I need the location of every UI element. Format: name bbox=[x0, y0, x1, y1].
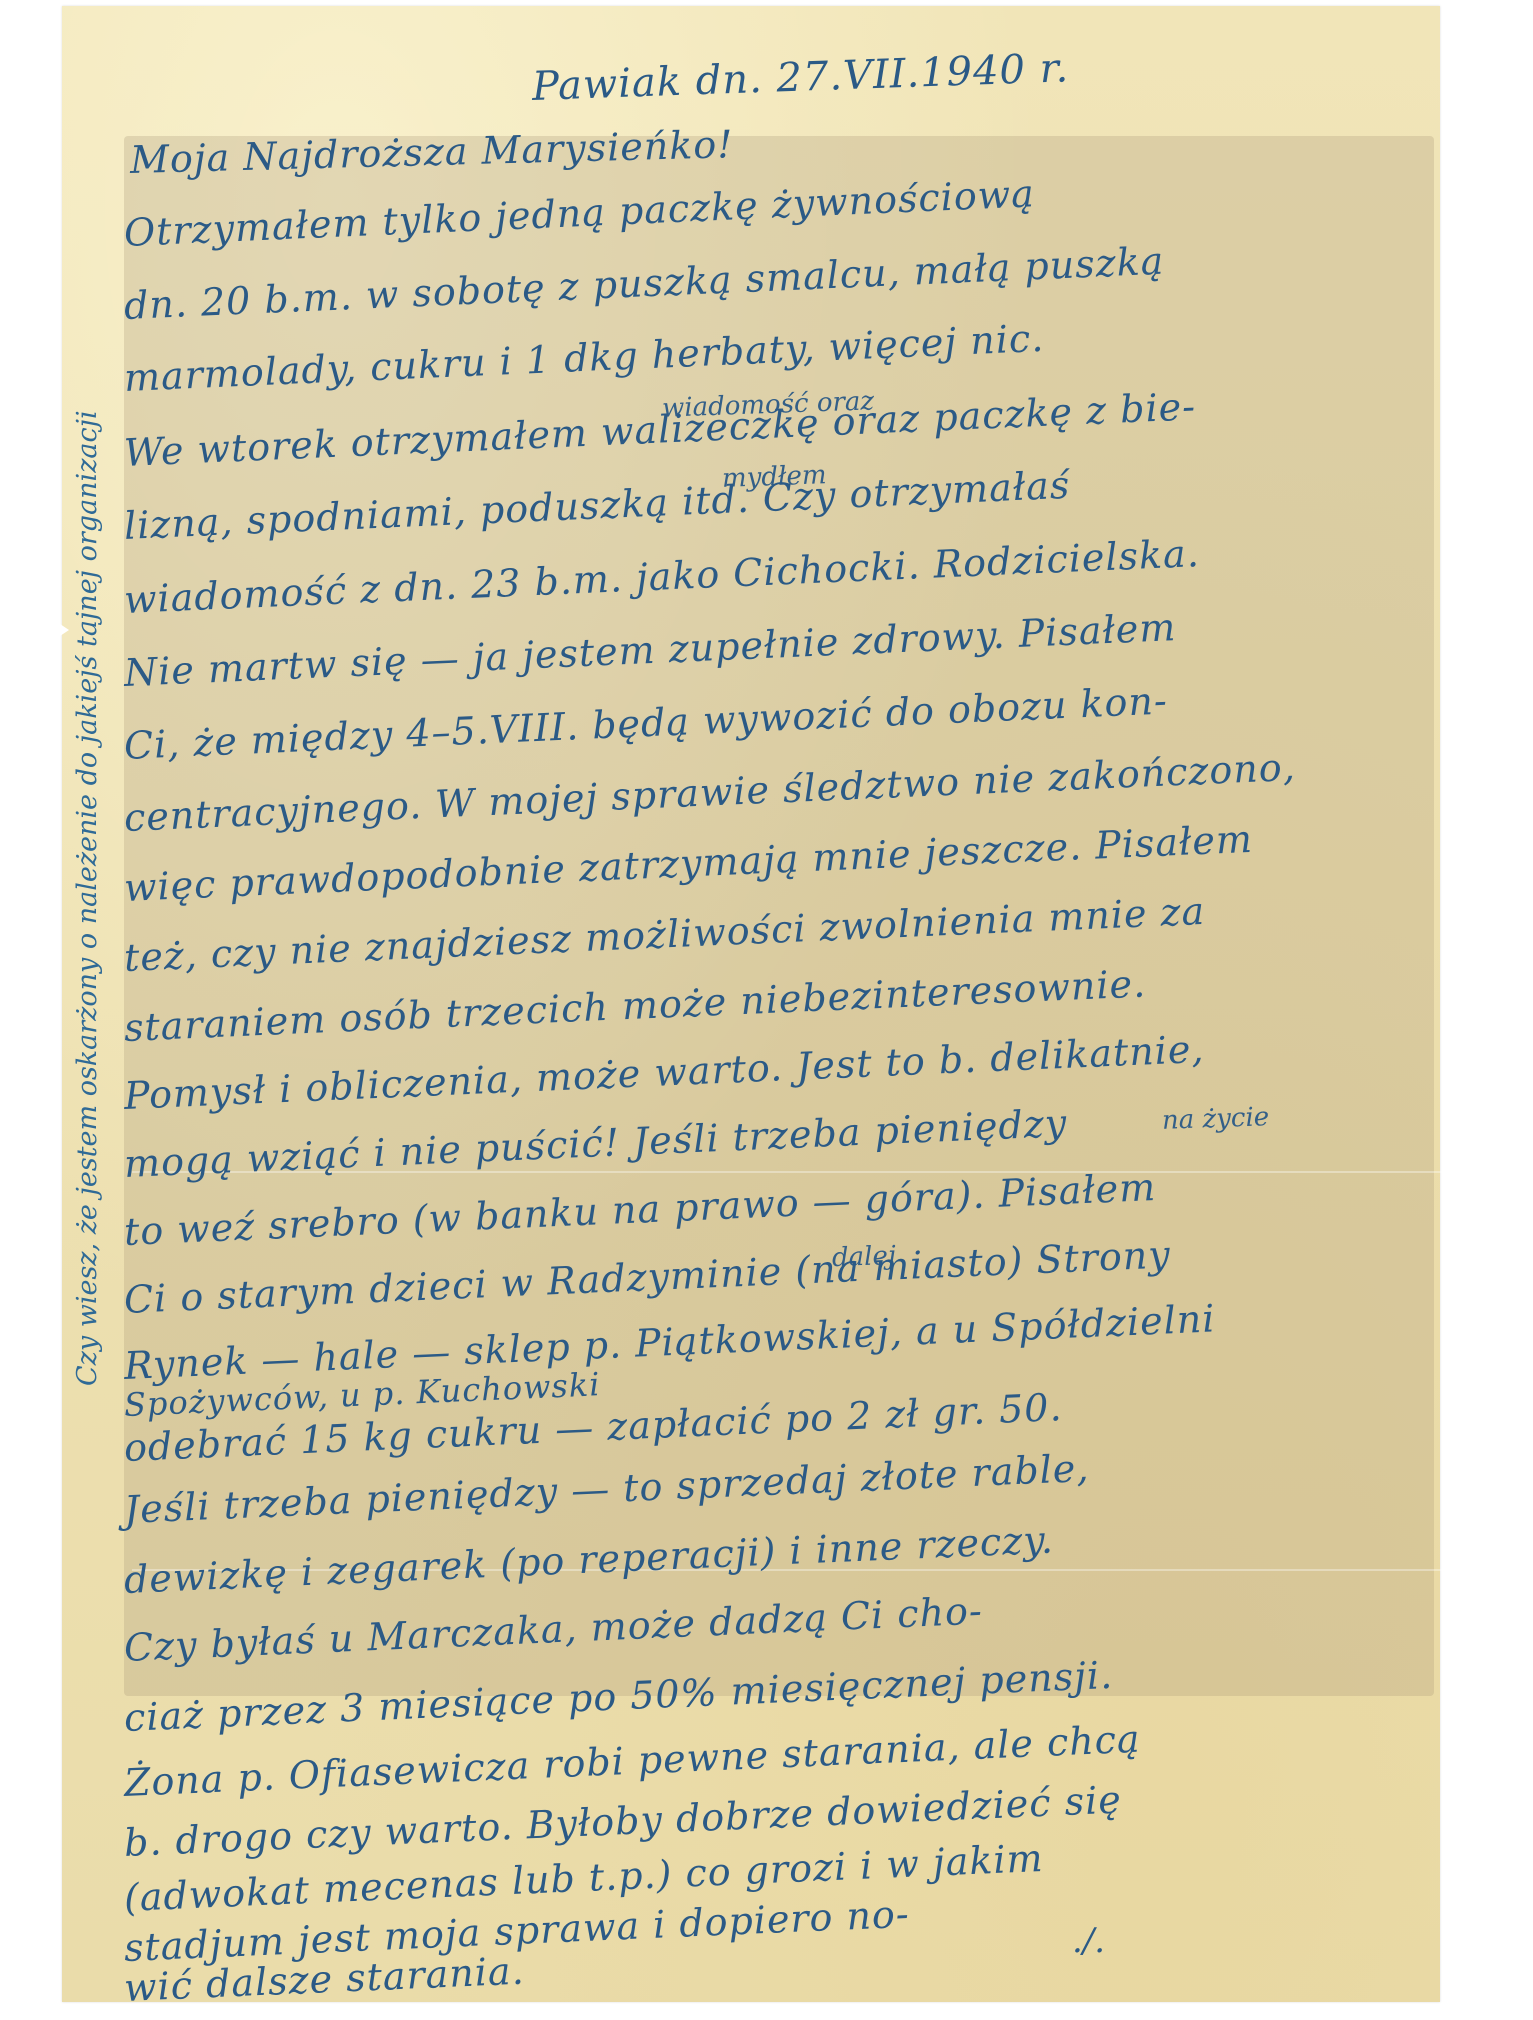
body-line: mogą wziąć i nie puścić! Jeśli trzeba pi… bbox=[123, 1101, 1068, 1186]
body-line: dewizkę i zegarek (po reperacji) i inne … bbox=[123, 1517, 1055, 1602]
interlinear-insert: na życie bbox=[1162, 1102, 1270, 1136]
body-line: Otrzymałem tylko jedną paczkę żywnościow… bbox=[123, 171, 1036, 255]
body-line: lizną, spodniami, poduszką itd. Czy otrz… bbox=[123, 463, 1071, 548]
body-line: We wtorek otrzymałem walizeczkę oraz pac… bbox=[123, 384, 1197, 475]
body-line: wiadomość z dn. 23 b.m. jako Cichocki. R… bbox=[123, 531, 1201, 622]
letter-page: Pawiak dn. 27.VII.1940 r. Moja Najdroższ… bbox=[62, 6, 1440, 2002]
body-line: marmolady, cukru i 1 dkg herbaty, więcej… bbox=[123, 316, 1045, 400]
salutation: Moja Najdroższa Marysieńko! bbox=[129, 122, 734, 182]
body-line: dn. 20 b.m. w sobotę z puszką smalcu, ma… bbox=[123, 239, 1165, 328]
body-line: Ci, że między 4–5.VIII. będą wywozić do … bbox=[123, 678, 1169, 768]
continuation-mark: ./. bbox=[1072, 1921, 1105, 1961]
body-line: Nie martw się — ja jestem zupełnie zdrow… bbox=[123, 605, 1177, 695]
margin-note: Czy wiesz, że jestem oskarżony o należen… bbox=[72, 0, 103, 1386]
letter-text: Pawiak dn. 27.VII.1940 r. Moja Najdroższ… bbox=[62, 6, 1440, 2002]
dateline: Pawiak dn. 27.VII.1940 r. bbox=[531, 45, 1070, 110]
body-line: Czy byłaś u Marczaka, może dadzą Ci cho- bbox=[123, 1589, 984, 1670]
